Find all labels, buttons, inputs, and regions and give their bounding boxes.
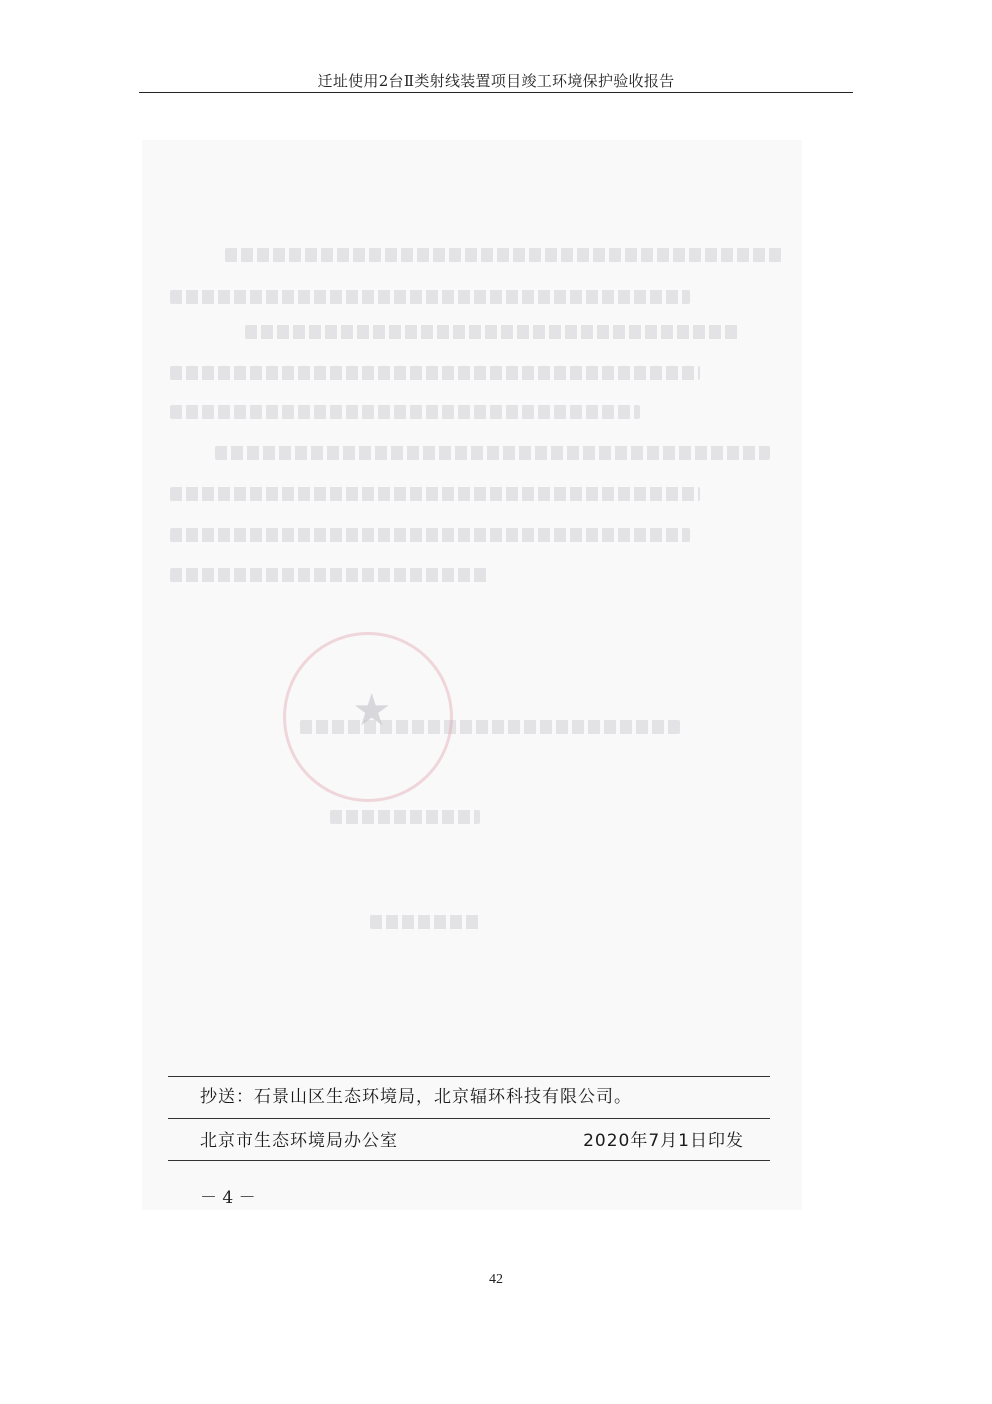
divider-bottom [168, 1160, 770, 1161]
scanned-page-number: － 4 － [200, 1183, 256, 1208]
header-rule [139, 92, 853, 93]
issuing-office: 北京市生态环境局办公室 [200, 1126, 398, 1151]
seal-star-icon: ★ [352, 685, 391, 736]
faded-text-line [170, 405, 640, 419]
faded-text-line [170, 290, 690, 304]
faded-text-line [170, 366, 700, 380]
faded-text-line [170, 528, 690, 542]
page-number: 42 [0, 1272, 992, 1288]
faded-text-line [215, 446, 770, 460]
faded-text-line [225, 248, 785, 262]
faded-text-line [370, 915, 480, 929]
document-header-title: 迁址使用2台Ⅱ类射线装置项目竣工环境保护验收报告 [0, 70, 992, 91]
divider-middle [168, 1118, 770, 1119]
cc-recipients: 抄送：石景山区生态环境局，北京辐环科技有限公司。 [200, 1082, 632, 1107]
divider-top [168, 1076, 770, 1077]
faded-text-line [330, 810, 480, 824]
faded-text-line [245, 325, 740, 339]
faded-text-line [170, 487, 700, 501]
faded-text-line [170, 568, 490, 582]
issue-date: 2020年7月1日印发 [583, 1126, 744, 1151]
